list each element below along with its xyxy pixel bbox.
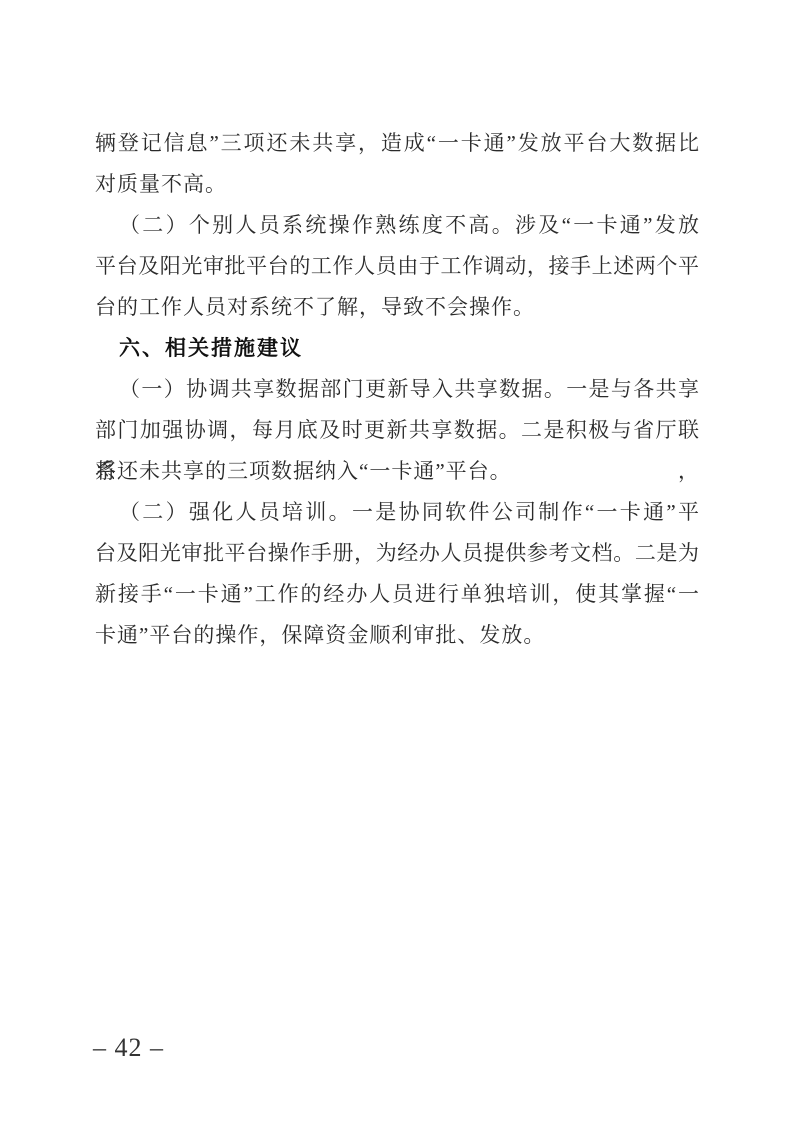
- text-line: 卡通”平台的操作，保障资金顺利审批、发放。: [95, 615, 699, 656]
- text-line: 平台及阳光审批平台的工作人员由于工作调动，接手上述两个平: [95, 246, 699, 287]
- text-line: 辆登记信息”三项还未共享，造成“一卡通”发放平台大数据比: [95, 123, 699, 164]
- document-page: 辆登记信息”三项还未共享，造成“一卡通”发放平台大数据比 对质量不高。 （二）个…: [0, 0, 793, 1122]
- section-heading: 六、相关措施建议: [95, 328, 699, 369]
- text-line: （二）个别人员系统操作熟练度不高。涉及“一卡通”发放: [95, 205, 699, 246]
- text-line: （二）强化人员培训。一是协同软件公司制作“一卡通”平: [95, 492, 699, 533]
- text-line: 台的工作人员对系统不了解，导致不会操作。: [95, 287, 699, 328]
- document-text-block: 辆登记信息”三项还未共享，造成“一卡通”发放平台大数据比 对质量不高。 （二）个…: [95, 123, 699, 656]
- text-line: 部门加强协调，每月底及时更新共享数据。二是积极与省厅联系，: [95, 410, 699, 451]
- text-line: 台及阳光审批平台操作手册，为经办人员提供参考文档。二是为: [95, 533, 699, 574]
- text-line: 对质量不高。: [95, 164, 699, 205]
- page-number: – 42 –: [93, 1033, 164, 1063]
- text-line: （一）协调共享数据部门更新导入共享数据。一是与各共享: [95, 369, 699, 410]
- text-line: 新接手“一卡通”工作的经办人员进行单独培训，使其掌握“一: [95, 574, 699, 615]
